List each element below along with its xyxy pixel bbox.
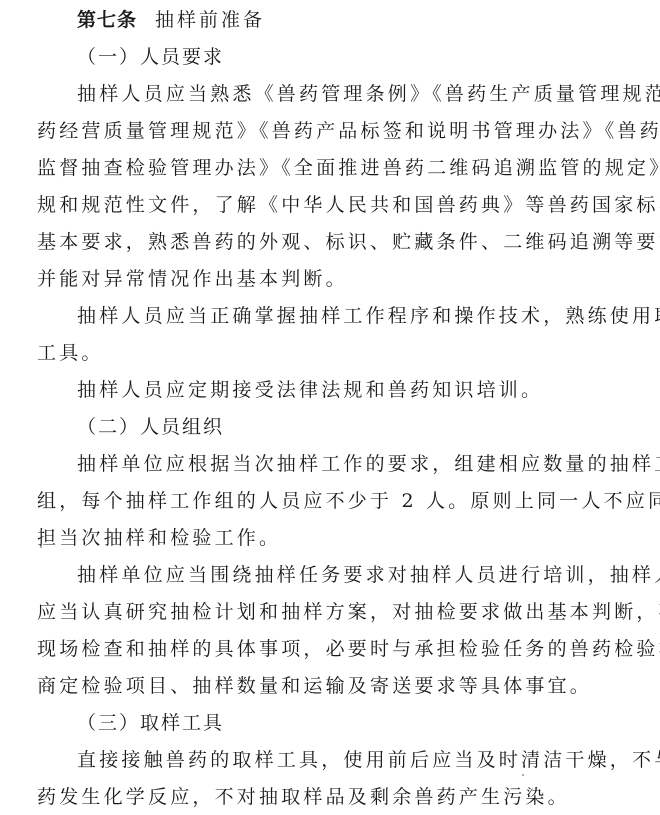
section-heading: （二）人员组织	[77, 415, 613, 439]
paragraph-line: 现场检查和抽样的具体事项，必要时与承担检验任务的兽药检验机构	[37, 637, 613, 661]
paragraph-line: 抽样人员应定期接受法律法规和兽药知识培训。	[77, 378, 613, 402]
paragraph-line: 抽样人员应当熟悉《兽药管理条例》《兽药生产质量管理规范》《兽	[77, 82, 613, 106]
paragraph-line: 药经营质量管理规范》《兽药产品标签和说明书管理办法》《兽药质量	[37, 119, 613, 143]
paragraph-line: 组，每个抽样工作组的人员应不少于 2 人。原则上同一人不应同时承	[37, 489, 613, 513]
article-number: 第七条	[77, 9, 137, 31]
paragraph-line: 应当认真研究抽检计划和抽样方案，对抽检要求做出基本判断，确定	[37, 600, 613, 624]
article-title: 抽样前准备	[155, 9, 265, 31]
section-heading: （三）取样工具	[77, 711, 613, 735]
paragraph-line: 商定检验项目、抽样数量和运输及寄送要求等具体事宜。	[37, 674, 613, 698]
paragraph-line: 抽样单位应当围绕抽样任务要求对抽样人员进行培训，抽样人员	[77, 563, 613, 587]
scan-speck	[40, 546, 42, 548]
scan-speck	[522, 774, 524, 776]
paragraph-line: 抽样单位应根据当次抽样工作的要求，组建相应数量的抽样工作	[77, 452, 613, 476]
paragraph-line: 直接接触兽药的取样工具，使用前后应当及时清洁干燥，不与兽	[77, 748, 613, 772]
paragraph-line: 监督抽查检验管理办法》《全面推进兽药二维码追溯监管的规定》等法	[37, 156, 613, 180]
paragraph-line: 并能对异常情况作出基本判断。	[37, 267, 613, 291]
paragraph-line: 基本要求，熟悉兽药的外观、标识、贮藏条件、二维码追溯等要求，	[37, 230, 613, 254]
paragraph-line: 担当次抽样和检验工作。	[37, 526, 613, 550]
section-heading: （一）人员要求	[77, 45, 613, 69]
paragraph-line: 规和规范性文件，了解《中华人民共和国兽药典》等兽药国家标准的	[37, 193, 613, 217]
paragraph-line: 药发生化学反应，不对抽取样品及剩余兽药产生污染。	[37, 785, 613, 809]
article-heading: 第七条抽样前准备	[77, 8, 613, 32]
paragraph-line: 抽样人员应当正确掌握抽样工作程序和操作技术，熟练使用取样	[77, 304, 613, 328]
paragraph-line: 工具。	[37, 341, 613, 365]
